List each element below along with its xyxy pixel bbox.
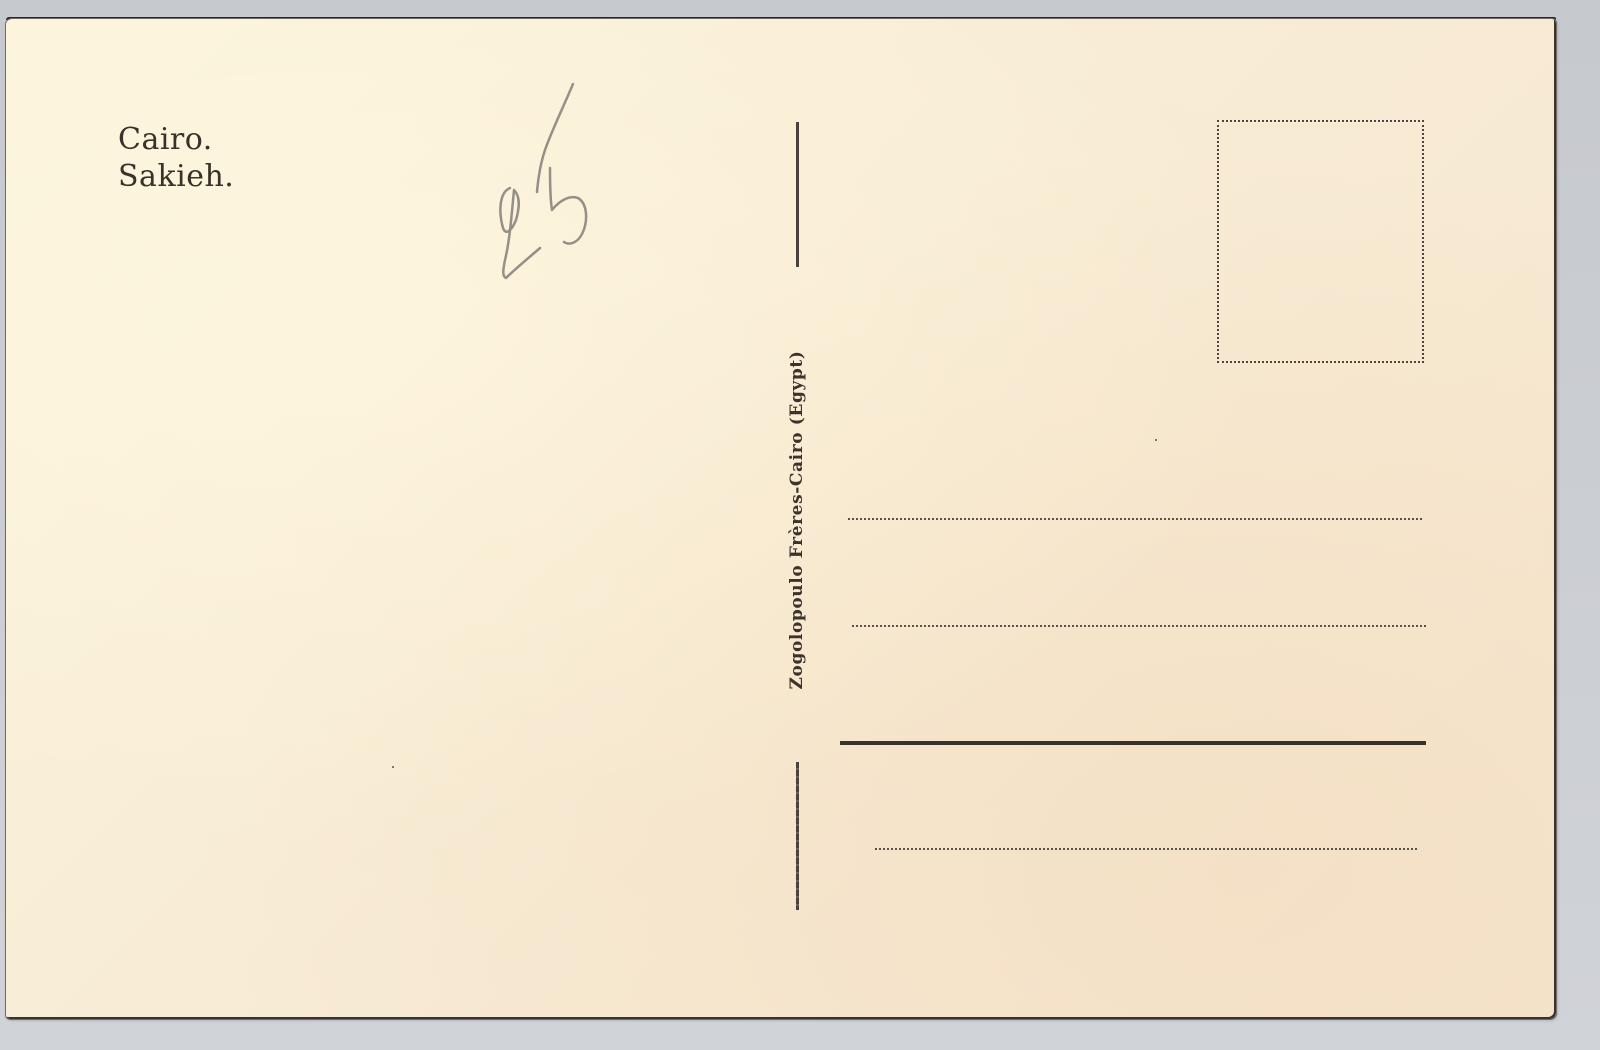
caption-title: Sakieh. [118,158,234,195]
center-divider-bottom [796,762,799,910]
address-line-1 [848,518,1422,520]
stamp-box [1217,120,1424,363]
paper-speck [1155,439,1157,441]
address-line-2 [852,625,1426,627]
publisher-imprint: Zogolopoulo Frères-Cairo (Egypt) [787,351,807,690]
pencil-number-annotation: 25 [470,70,600,290]
address-line-3 [840,741,1426,745]
paper-speck [392,766,394,768]
postcard-caption: Cairo. Sakieh. [118,121,234,195]
address-line-4 [875,848,1417,850]
caption-city: Cairo. [118,121,234,158]
center-divider-top [796,122,799,267]
